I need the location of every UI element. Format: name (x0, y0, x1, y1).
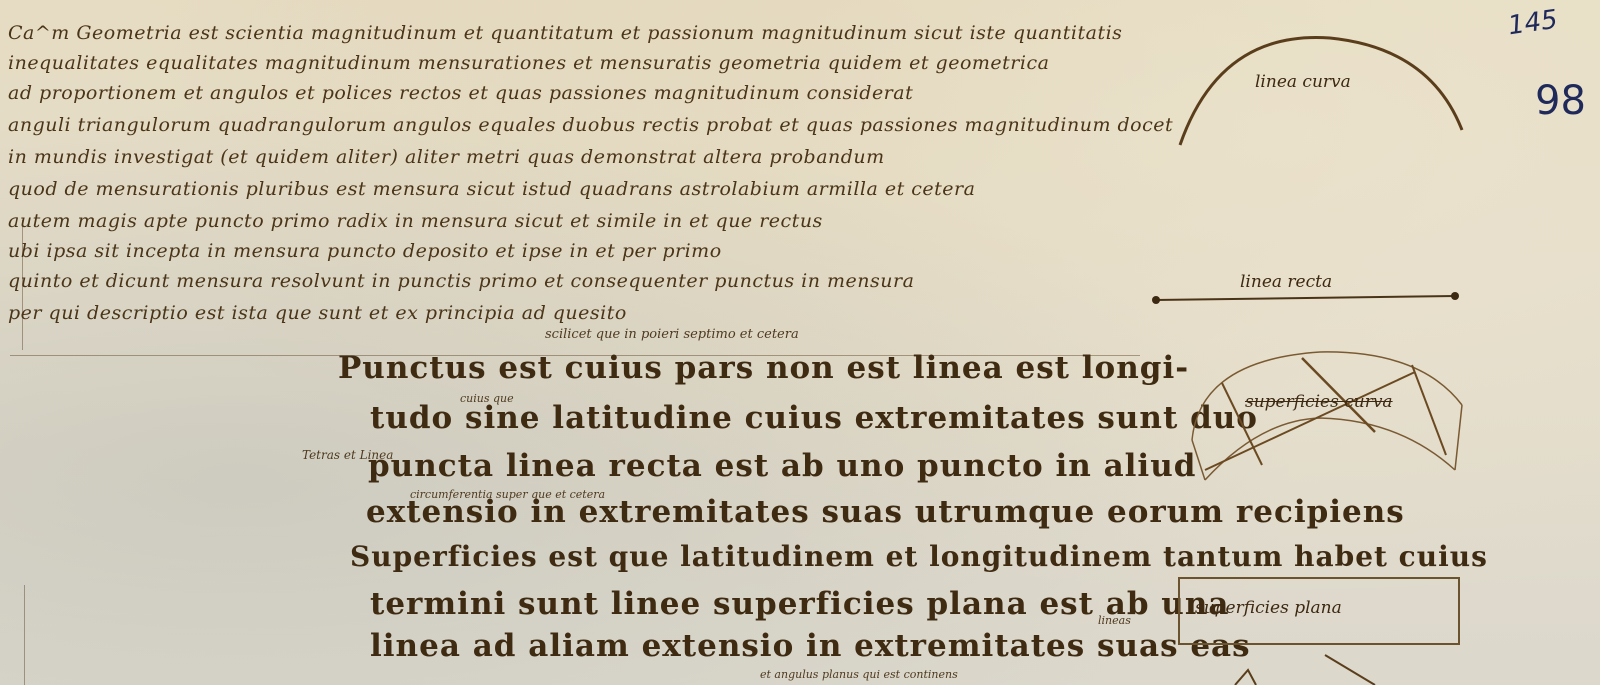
cross-out-stroke-4 (1412, 365, 1446, 455)
plane-surface-label: superficies plana (1195, 598, 1342, 618)
partial-stroke (1325, 655, 1375, 685)
curved-line-label: linea curva (1255, 72, 1351, 92)
curved-surface-right-edge (1455, 405, 1462, 470)
curved-surface-left-edge (1192, 440, 1205, 480)
curved-surface-label: superficies curva (1245, 392, 1393, 412)
cross-out-stroke-2 (1205, 372, 1415, 470)
straight-line-label: linea recta (1240, 272, 1332, 292)
straight-line-start-point (1152, 296, 1160, 304)
partial-stroke (1235, 670, 1256, 685)
straight-line (1155, 296, 1455, 300)
straight-line-end-point (1451, 292, 1459, 300)
